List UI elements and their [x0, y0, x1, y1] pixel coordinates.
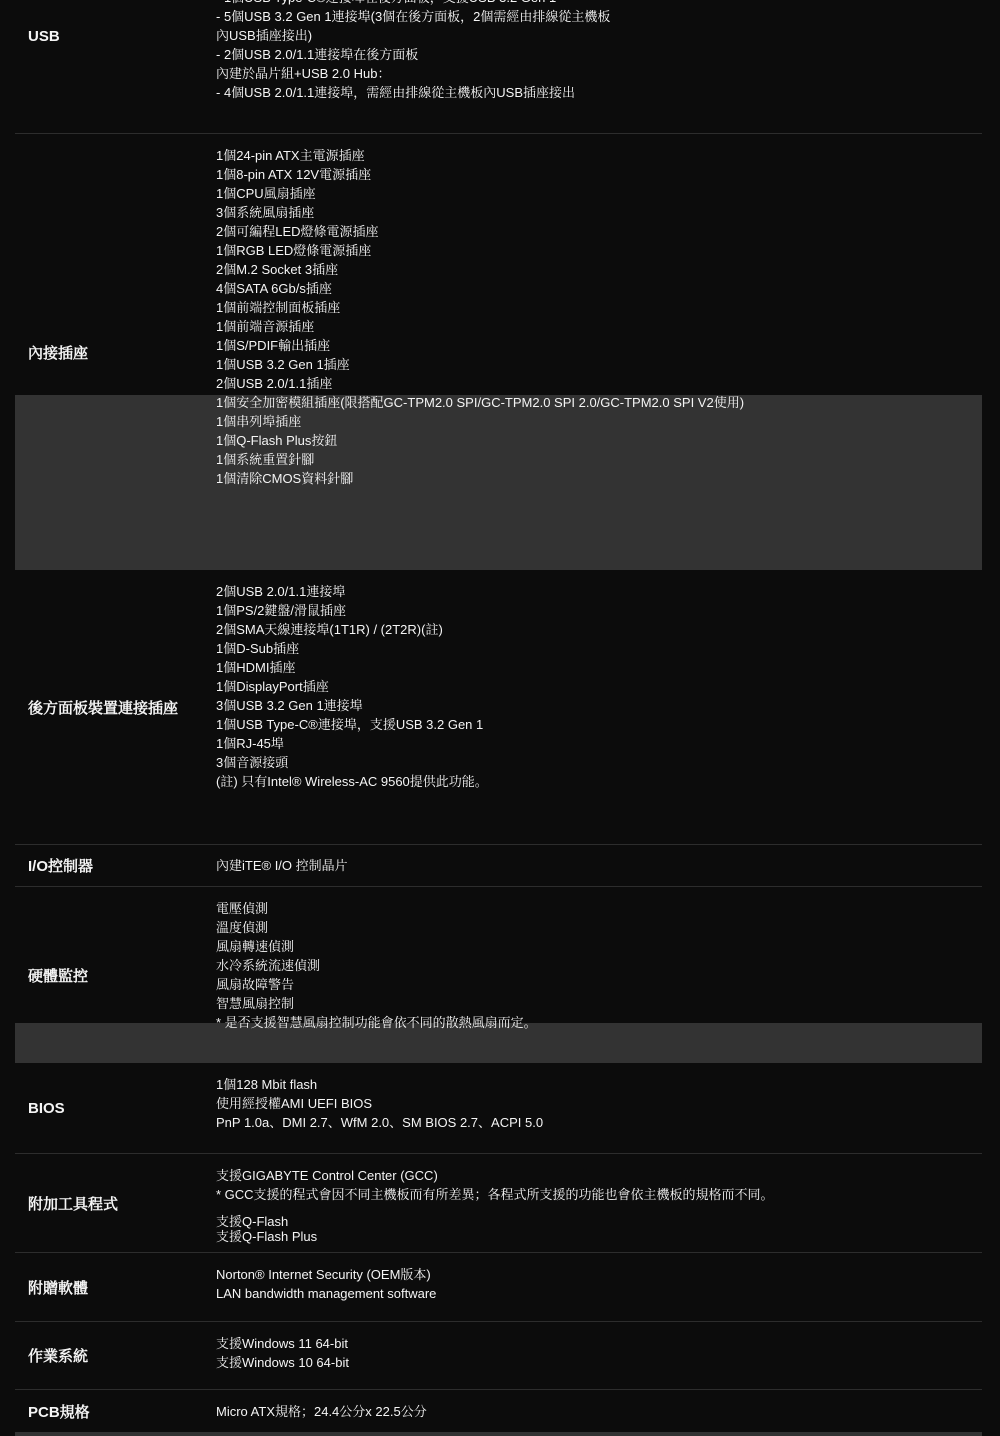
- spec-line: 1個24-pin ATX主電源插座: [216, 146, 982, 165]
- row-label-internal-connectors: 內接插座: [15, 134, 216, 570]
- spec-line: 電壓偵測: [216, 899, 982, 918]
- spec-line: 風扇轉速偵測: [216, 937, 982, 956]
- spec-line: - 2個USB 2.0/1.1連接埠在後方面板: [216, 45, 982, 64]
- spec-line: 1個HDMI插座: [216, 658, 982, 677]
- row-content-bundled-tools: 支援GIGABYTE Control Center (GCC)* GCC支援的程…: [216, 1154, 982, 1252]
- spec-row-pcb-form-factor: PCB規格 Micro ATX規格；24.4公分x 22.5公分: [15, 1390, 982, 1432]
- spec-line: 1個Q-Flash Plus按鈕: [216, 431, 982, 450]
- spec-row-internal-connectors: 內接插座 1個24-pin ATX主電源插座1個8-pin ATX 12V電源插…: [15, 134, 982, 570]
- spec-row-rear-panel: 後方面板裝置連接插座 2個USB 2.0/1.1連接埠1個PS/2鍵盤/滑鼠插座…: [15, 570, 982, 845]
- spec-line: 3個USB 3.2 Gen 1連接埠: [216, 696, 982, 715]
- row-content-operating-system: 支援Windows 11 64-bit支援Windows 10 64-bit: [216, 1322, 982, 1389]
- spec-line: Norton® Internet Security (OEM版本): [216, 1265, 982, 1284]
- spec-line: 4個SATA 6Gb/s插座: [216, 279, 982, 298]
- spec-row-io-controller: I/O控制器 內建iTE® I/O 控制晶片: [15, 845, 982, 887]
- spec-line: 1個PS/2鍵盤/滑鼠插座: [216, 601, 982, 620]
- spec-line: 1個系統重置針腳: [216, 450, 982, 469]
- spec-row-bundled-tools: 附加工具程式 支援GIGABYTE Control Center (GCC)* …: [15, 1154, 982, 1253]
- row-label-operating-system: 作業系統: [15, 1322, 216, 1389]
- spec-line: 1個前端音源插座: [216, 317, 982, 336]
- row-content-usb: - 1個USB Type-C®連接埠在後方面板，支援USB 3.2 Gen 1-…: [216, 0, 982, 133]
- spec-line: 支援GIGABYTE Control Center (GCC): [216, 1166, 982, 1185]
- spec-line: 支援Windows 11 64-bit: [216, 1334, 982, 1353]
- spec-line: 1個S/PDIF輸出插座: [216, 336, 982, 355]
- spec-line: 智慧風扇控制: [216, 994, 982, 1013]
- spec-row-hardware-monitor: 硬體監控 電壓偵測溫度偵測風扇轉速偵測水冷系統流速偵測風扇故障警告智慧風扇控制*…: [15, 887, 982, 1063]
- spec-row-operating-system: 作業系統 支援Windows 11 64-bit支援Windows 10 64-…: [15, 1322, 982, 1390]
- spec-line: 內建於晶片組+USB 2.0 Hub：: [216, 64, 982, 83]
- spec-line: * GCC支援的程式會因不同主機板而有所差異；各程式所支援的功能也會依主機板的規…: [216, 1185, 982, 1204]
- row-content-internal-connectors: 1個24-pin ATX主電源插座1個8-pin ATX 12V電源插座1個CP…: [216, 134, 982, 570]
- spec-line: 1個清除CMOS資料針腳: [216, 469, 982, 488]
- row-label-pcb-form-factor: PCB規格: [15, 1390, 216, 1432]
- row-label-bundled-tools: 附加工具程式: [15, 1154, 216, 1252]
- spec-line: 使用經授權AMI UEFI BIOS: [216, 1094, 982, 1113]
- spec-line: 3個系統風扇插座: [216, 203, 982, 222]
- row-content-bundled-software: Norton® Internet Security (OEM版本)LAN ban…: [216, 1253, 982, 1321]
- spec-line: 3個音源接頭: [216, 753, 982, 772]
- spec-line: 1個128 Mbit flash: [216, 1075, 982, 1094]
- spec-line: 1個安全加密模組插座(限搭配GC-TPM2.0 SPI/GC-TPM2.0 SP…: [216, 393, 982, 412]
- spec-line: 2個M.2 Socket 3插座: [216, 260, 982, 279]
- spec-line: (註) 只有Intel® Wireless-AC 9560提供此功能。: [216, 772, 982, 791]
- spec-row-bios: BIOS 1個128 Mbit flash使用經授權AMI UEFI BIOSP…: [15, 1063, 982, 1154]
- spec-line: 1個前端控制面板插座: [216, 298, 982, 317]
- spec-line: 1個RJ-45埠: [216, 734, 982, 753]
- spec-line: 風扇故障警告: [216, 975, 982, 994]
- spec-line: PnP 1.0a、DMI 2.7、WfM 2.0、SM BIOS 2.7、ACP…: [216, 1113, 982, 1132]
- row-label-rear-panel: 後方面板裝置連接插座: [15, 570, 216, 844]
- spec-line: 溫度偵測: [216, 918, 982, 937]
- line-gap: [216, 1204, 982, 1214]
- spec-line: - 5個USB 3.2 Gen 1連接埠(3個在後方面板，2個需經由排線從主機板: [216, 7, 982, 26]
- spec-line: 內建iTE® I/O 控制晶片: [216, 856, 348, 875]
- row-content-rear-panel: 2個USB 2.0/1.1連接埠1個PS/2鍵盤/滑鼠插座2個SMA天線連接埠(…: [216, 570, 982, 844]
- spec-line: 1個RGB LED燈條電源插座: [216, 241, 982, 260]
- row-label-usb: USB: [15, 0, 216, 133]
- spec-line: 2個可編程LED燈條電源插座: [216, 222, 982, 241]
- spec-line: 內USB插座接出): [216, 26, 982, 45]
- spec-line: - 1個USB Type-C®連接埠在後方面板，支援USB 3.2 Gen 1: [216, 0, 982, 7]
- spec-line: 1個USB Type-C®連接埠，支援USB 3.2 Gen 1: [216, 715, 982, 734]
- row-content-hardware-monitor: 電壓偵測溫度偵測風扇轉速偵測水冷系統流速偵測風扇故障警告智慧風扇控制* 是否支援…: [216, 887, 982, 1063]
- spec-line: Micro ATX規格；24.4公分x 22.5公分: [216, 1402, 427, 1421]
- spec-line: 2個USB 2.0/1.1連接埠: [216, 582, 982, 601]
- spec-line: 1個DisplayPort插座: [216, 677, 982, 696]
- spec-line: 2個USB 2.0/1.1插座: [216, 374, 982, 393]
- spec-row-bundled-software: 附贈軟體 Norton® Internet Security (OEM版本)LA…: [15, 1253, 982, 1322]
- spec-line: * 是否支援智慧風扇控制功能會依不同的散熱風扇而定。: [216, 1013, 982, 1032]
- row-content-pcb-form-factor: Micro ATX規格；24.4公分x 22.5公分: [216, 1390, 982, 1432]
- spec-line: - 4個USB 2.0/1.1連接埠，需經由排線從主機板內USB插座接出: [216, 83, 982, 102]
- row-label-bundled-software: 附贈軟體: [15, 1253, 216, 1321]
- spec-line: 支援Windows 10 64-bit: [216, 1353, 982, 1372]
- row-label-hardware-monitor: 硬體監控: [15, 887, 216, 1063]
- row-label-io-controller: I/O控制器: [15, 845, 216, 886]
- spec-line: 支援Q-Flash: [216, 1214, 982, 1229]
- spec-row-usb: USB - 1個USB Type-C®連接埠在後方面板，支援USB 3.2 Ge…: [15, 0, 982, 134]
- spec-table: USB - 1個USB Type-C®連接埠在後方面板，支援USB 3.2 Ge…: [15, 0, 982, 1436]
- spec-line: 1個CPU風扇插座: [216, 184, 982, 203]
- spec-line: 1個D-Sub插座: [216, 639, 982, 658]
- spec-line: 水冷系統流速偵測: [216, 956, 982, 975]
- row-content-bios: 1個128 Mbit flash使用經授權AMI UEFI BIOSPnP 1.…: [216, 1063, 982, 1153]
- spec-line: 1個8-pin ATX 12V電源插座: [216, 165, 982, 184]
- spec-line: LAN bandwidth management software: [216, 1284, 982, 1303]
- row-content-io-controller: 內建iTE® I/O 控制晶片: [216, 845, 982, 886]
- spec-line: 支援Q-Flash Plus: [216, 1229, 982, 1244]
- spec-line: 2個SMA天線連接埠(1T1R) / (2T2R)(註): [216, 620, 982, 639]
- spec-line: 1個USB 3.2 Gen 1插座: [216, 355, 982, 374]
- row-label-bios: BIOS: [15, 1063, 216, 1153]
- next-row-shaded-strip: [15, 1432, 982, 1436]
- spec-line: 1個串列埠插座: [216, 412, 982, 431]
